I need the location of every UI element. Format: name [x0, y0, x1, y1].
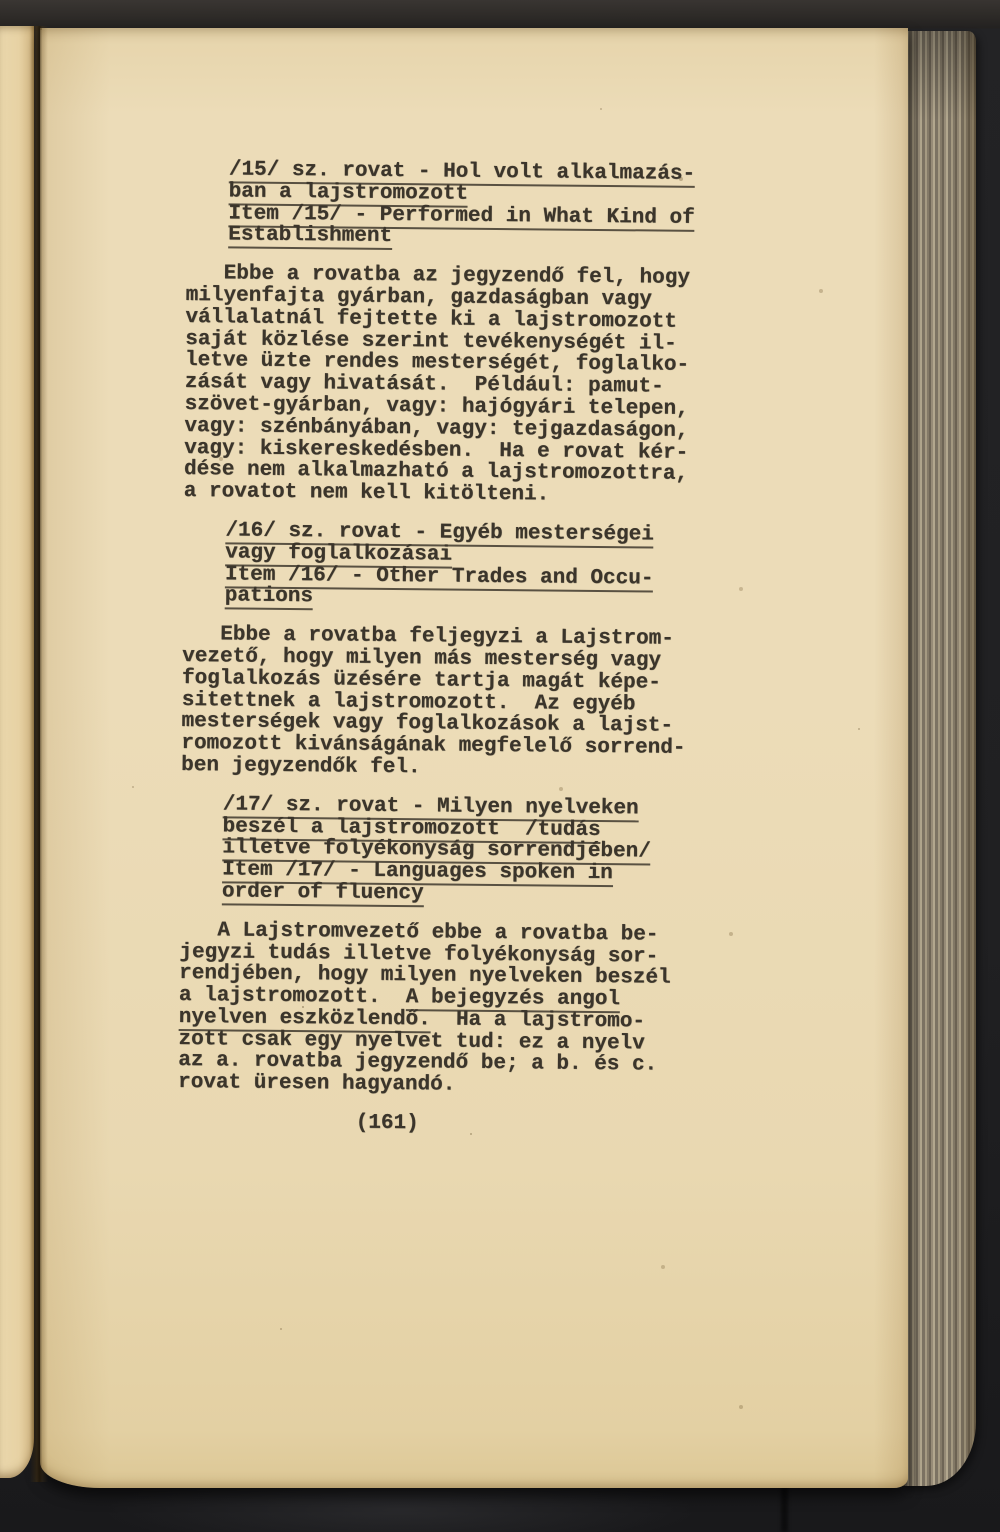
facing-page-edge	[0, 26, 34, 1478]
typed-text-area: /15/ sz. rovat - Hol volt alkalmazás-ban…	[178, 159, 747, 1138]
section-heading-item-17: /17/ sz. rovat - Milyen nyelvekenbeszél …	[222, 794, 741, 908]
page-text: /15/ sz. rovat - Hol volt alkalmazás-ban…	[178, 159, 747, 1099]
section-paragraph-item-16: Ebbe a rovatba feljegyzi a Lajstrom-veze…	[181, 624, 742, 782]
section-paragraph-item-17: A Lajstromvezető ebbe a rovatba be-jegyz…	[178, 920, 740, 1100]
book-page: /15/ sz. rovat - Hol volt alkalmazás-ban…	[40, 28, 908, 1488]
page-stack-fore-edge	[903, 31, 976, 1486]
section-paragraph-item-15: Ebbe a rovatba az jegyzendő fel, hogymil…	[184, 263, 746, 508]
section-heading-item-15: /15/ sz. rovat - Hol volt alkalmazás-ban…	[228, 159, 747, 251]
page-number: (161)	[356, 1113, 738, 1138]
gutter-crease	[30, 26, 48, 1482]
book-scan: /15/ sz. rovat - Hol volt alkalmazás-ban…	[0, 0, 1000, 1532]
scan-top-band	[0, 0, 1000, 31]
section-heading-item-16: /16/ sz. rovat - Egyéb mesterségeivagy f…	[225, 520, 744, 612]
